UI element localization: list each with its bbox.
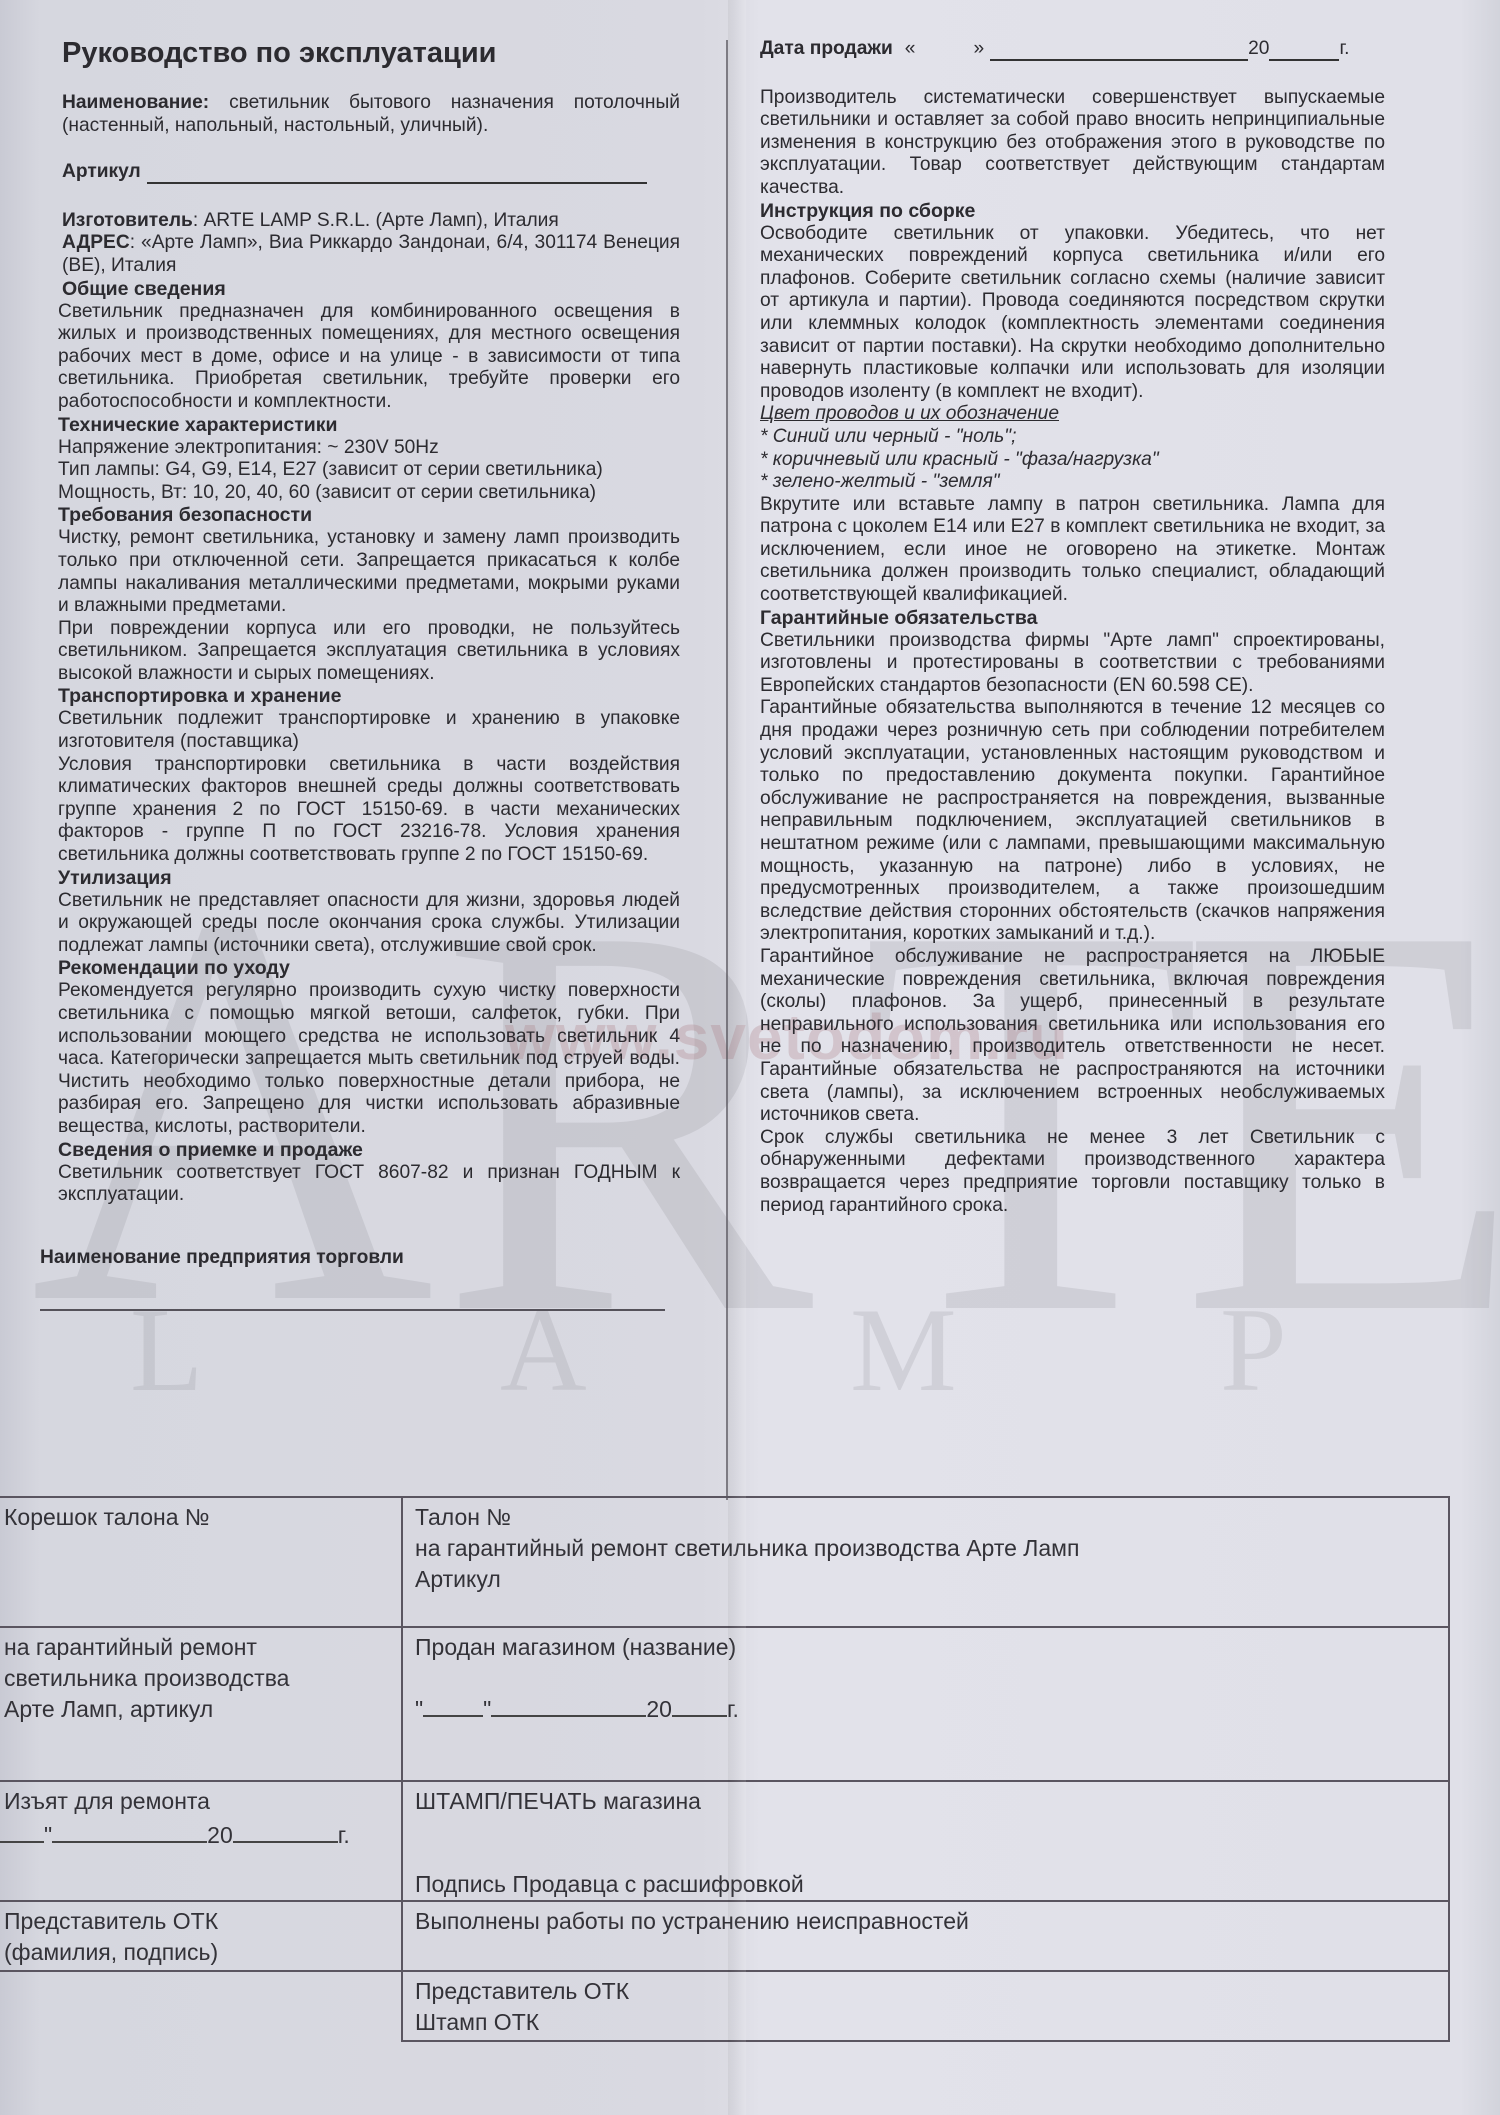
date-quote: " <box>44 1822 52 1848</box>
section-paragraph: Напряжение электропитания: ~ 230V 50Hz <box>58 437 680 460</box>
coupon-artikul: Артикул <box>415 1564 1436 1595</box>
date-suffix: г. <box>338 1822 350 1848</box>
seized-label: Изъят для ремонта <box>4 1786 389 1817</box>
stub-repair-line: Арте Ламп, артикул <box>4 1694 389 1725</box>
stamp-cell[interactable]: ШТАМП/ПЕЧАТЬ магазина Подпись Продавца с… <box>402 1781 1449 1901</box>
empty-stub-cell <box>0 1971 402 2041</box>
assembly-heading: Инструкция по сборке <box>760 200 1385 223</box>
stub-number-cell[interactable]: Корешок талона № <box>0 1497 402 1627</box>
section-heading: Требования безопасности <box>58 504 680 527</box>
manufacturer-value: : ARTE LAMP S.R.L. (Арте Ламп), Италия <box>193 210 559 231</box>
page-title: Руководство по эксплуатации <box>62 36 680 70</box>
manufacturer: Изготовитель: ARTE LAMP S.R.L. (Арте Лам… <box>62 210 680 233</box>
seized-cell[interactable]: Изъят для ремонта "20г. <box>0 1781 402 1901</box>
section-paragraph: Тип лампы: G4, G9, E14, E27 (зависит от … <box>58 459 680 482</box>
otk-coupon-cell[interactable]: Представитель ОТК Штамп ОТК <box>402 1971 1449 2041</box>
name-label: Наименование: <box>62 92 209 113</box>
left-column: Руководство по эксплуатации Наименование… <box>40 30 680 1311</box>
sold-date: ""20г. <box>415 1691 1436 1725</box>
coupon-number-label: Талон № <box>415 1502 1436 1533</box>
wire-item: * коричневый или красный - "фаза/нагрузк… <box>760 449 1385 472</box>
section-paragraph: Чистку, ремонт светильника, установку и … <box>58 527 680 617</box>
sold-year-field[interactable] <box>672 1691 727 1717</box>
seller-signature-label: Подпись Продавца с расшифровкой <box>415 1869 1436 1900</box>
column-divider <box>726 40 728 1500</box>
wire-item: * Синий или черный - "ноль"; <box>760 426 1385 449</box>
sold-month-field[interactable] <box>491 1691 646 1717</box>
warranty-paragraph: Гарантийное обслуживание не распространя… <box>760 946 1385 1127</box>
warranty-paragraph: Срок службы светильника не менее 3 лет С… <box>760 1127 1385 1217</box>
shop-name-field[interactable] <box>40 1269 665 1311</box>
section-paragraph: Светильник соответствует ГОСТ 8607-82 и … <box>58 1162 680 1207</box>
address: АДРЕС: «Арте Ламп», Виа Риккардо Зандона… <box>62 232 680 277</box>
warranty-heading: Гарантийные обязательства <box>760 607 1385 630</box>
sale-date-century: 20 <box>1248 38 1269 61</box>
works-done-cell[interactable]: Выполнены работы по устранению неисправн… <box>402 1901 1449 1971</box>
date-quote: " <box>483 1696 491 1722</box>
sold-by-cell[interactable]: Продан магазином (название) ""20г. <box>402 1627 1449 1781</box>
warranty-paragraph: Гарантийные обязательства выполняются в … <box>760 697 1385 946</box>
artikul-row: Артикул <box>62 161 680 184</box>
stub-number-label: Корешок талона № <box>4 1502 389 1533</box>
otk-stub-line: (фамилия, подпись) <box>4 1937 389 1968</box>
section-paragraph: Мощность, Вт: 10, 20, 40, 60 (зависит от… <box>58 482 680 505</box>
address-label: АДРЕС <box>62 232 130 253</box>
sale-date-month-field[interactable] <box>990 41 1248 61</box>
intro-text: Производитель систематически совершенств… <box>760 87 1385 200</box>
lamp-text: Вкрутите или вставьте лампу в патрон све… <box>760 494 1385 607</box>
watermark-letter-p: P <box>1220 1290 1287 1410</box>
left-sections: Общие сведенияСветильник предназначен дл… <box>58 278 680 1207</box>
sale-date-year-field[interactable] <box>1269 41 1339 61</box>
sold-by-label: Продан магазином (название) <box>415 1632 1436 1663</box>
address-value: : «Арте Ламп», Виа Риккардо Зандонаи, 6/… <box>62 232 680 276</box>
otk-coupon-line: Представитель ОТК <box>415 1976 1436 2007</box>
date-century: 20 <box>646 1696 672 1722</box>
artikul-label: Артикул <box>62 161 141 184</box>
watermark-letter-m: M <box>850 1290 957 1410</box>
stub-repair-cell[interactable]: на гарантийный ремонт светильника произв… <box>0 1627 402 1781</box>
date-century: 20 <box>207 1822 233 1848</box>
right-column: Дата продажи « » 20 г. Производитель сис… <box>760 38 1385 1217</box>
otk-stub-line: Представитель ОТК <box>4 1906 389 1937</box>
coupon-subtitle: на гарантийный ремонт светильника произв… <box>415 1533 1436 1564</box>
section-paragraph: Светильник предназначен для комбинирован… <box>58 301 680 414</box>
warranty-paragraph: Светильники производства фирмы "Арте лам… <box>760 630 1385 698</box>
section-paragraph: Светильник подлежит транспортировке и хр… <box>58 708 680 753</box>
section-heading: Общие сведения <box>62 278 680 301</box>
stub-repair-line: на гарантийный ремонт <box>4 1632 389 1663</box>
section-paragraph: При повреждении корпуса или его проводки… <box>58 618 680 686</box>
sold-day-field[interactable] <box>423 1691 483 1717</box>
stamp-label: ШТАМП/ПЕЧАТЬ магазина <box>415 1786 1436 1817</box>
coupon-number-cell[interactable]: Талон № на гарантийный ремонт светильник… <box>402 1497 1449 1627</box>
shop-label: Наименование предприятия торговли <box>40 1247 680 1270</box>
manufacturer-label: Изготовитель <box>62 210 193 231</box>
warranty-coupon-table: Корешок талона № Талон № на гарантийный … <box>0 1496 1450 2042</box>
date-quote: " <box>415 1696 423 1722</box>
section-heading: Технические характеристики <box>58 414 680 437</box>
works-done-label: Выполнены работы по устранению неисправн… <box>415 1906 1436 1937</box>
wires-heading: Цвет проводов и их обозначение <box>760 403 1385 426</box>
seized-day-field[interactable] <box>0 1817 44 1843</box>
section-heading: Утилизация <box>58 867 680 890</box>
sale-date-open-quote: « <box>905 38 916 61</box>
section-paragraph: Рекомендуется регулярно производить суху… <box>58 980 680 1138</box>
assembly-text: Освободите светильник от упаковки. Убеди… <box>760 223 1385 404</box>
sale-date-suffix: г. <box>1339 38 1349 61</box>
seized-year-field[interactable] <box>233 1817 338 1843</box>
wire-item: * зелено-желтый - "земля" <box>760 471 1385 494</box>
section-heading: Транспортировка и хранение <box>58 685 680 708</box>
section-heading: Сведения о приемке и продаже <box>58 1139 680 1162</box>
seized-date: "20г. <box>0 1817 389 1851</box>
otk-stub-cell[interactable]: Представитель ОТК (фамилия, подпись) <box>0 1901 402 1971</box>
section-heading: Рекомендации по уходу <box>58 957 680 980</box>
product-name: Наименование: светильник бытового назнач… <box>62 92 680 137</box>
artikul-field[interactable] <box>147 164 647 184</box>
date-suffix: г. <box>727 1696 739 1722</box>
sale-date-row: Дата продажи « » 20 г. <box>760 38 1385 61</box>
seized-month-field[interactable] <box>52 1817 207 1843</box>
otk-coupon-line: Штамп ОТК <box>415 2007 1436 2038</box>
sale-date-label: Дата продажи <box>760 38 893 61</box>
section-paragraph: Светильник не представляет опасности для… <box>58 890 680 958</box>
sale-date-close-quote: » <box>973 38 984 61</box>
section-paragraph: Условия транспортировки светильника в ча… <box>58 754 680 867</box>
stub-repair-line: светильника производства <box>4 1663 389 1694</box>
